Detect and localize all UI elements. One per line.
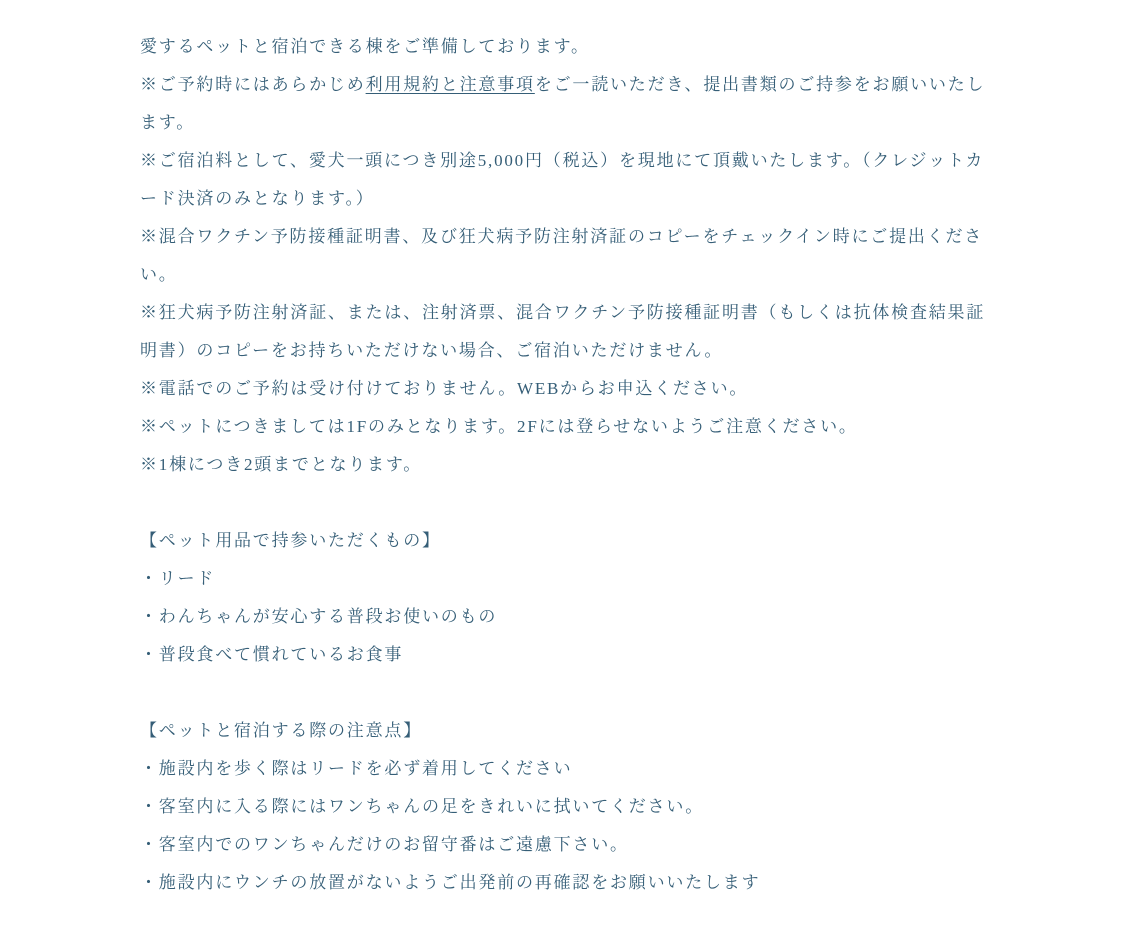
note-prefix: ※ご予約時にはあらかじめ [140,75,366,94]
terms-and-cautions-link[interactable]: 利用規約と注意事項 [366,75,535,94]
section-heading: 【ペットと宿泊する際の注意点】 [140,712,993,750]
note-paragraph-web-reservation: ※電話でのご予約は受け付けておりません。WEBからお申込ください。 [140,370,993,408]
list-item: ・リード [140,560,993,598]
list-item: ・施設内を歩く際はリードを必ず着用してください [140,750,993,788]
list-item: ・施設内にウンチの放置がないようご出発前の再確認をお願いいたします [140,864,993,902]
note-paragraph-certificate-required: ※狂犬病予防注射済証、または、注射済票、混合ワクチン予防接種証明書（もしくは抗体… [140,294,993,370]
section-stay-cautions: 【ペットと宿泊する際の注意点】 ・施設内を歩く際はリードを必ず着用してください … [140,712,993,902]
intro-text: 愛するペットと宿泊できる棟をご準備しております。 [140,28,993,66]
note-paragraph-pet-fee: ※ご宿泊料として、愛犬一頭につき別途5,000円（税込）を現地にて頂戴いたします… [140,142,993,218]
note-paragraph-first-floor-only: ※ペットにつきましては1Fのみとなります。2Fには登らせないようご注意ください。 [140,408,993,446]
note-paragraph-vaccine-copy: ※混合ワクチン予防接種証明書、及び狂犬病予防注射済証のコピーをチェックイン時にご… [140,218,993,294]
list-item: ・客室内に入る際にはワンちゃんの足をきれいに拭いてください。 [140,788,993,826]
note-paragraph-two-dogs-max: ※1棟につき2頭までとなります。 [140,446,993,484]
list-item: ・普段食べて慣れているお食事 [140,636,993,674]
list-item: ・わんちゃんが安心する普段お使いのもの [140,598,993,636]
section-heading: 【ペット用品で持参いただくもの】 [140,522,993,560]
pet-stay-notes-content: 愛するペットと宿泊できる棟をご準備しております。 ※ご予約時にはあらかじめ利用規… [0,0,1128,902]
section-pet-items-to-bring: 【ペット用品で持参いただくもの】 ・リード ・わんちゃんが安心する普段お使いのも… [140,522,993,674]
note-paragraph-reservation: ※ご予約時にはあらかじめ利用規約と注意事項をご一読いただき、提出書類のご持参をお… [140,66,993,142]
list-item: ・客室内でのワンちゃんだけのお留守番はご遠慮下さい。 [140,826,993,864]
